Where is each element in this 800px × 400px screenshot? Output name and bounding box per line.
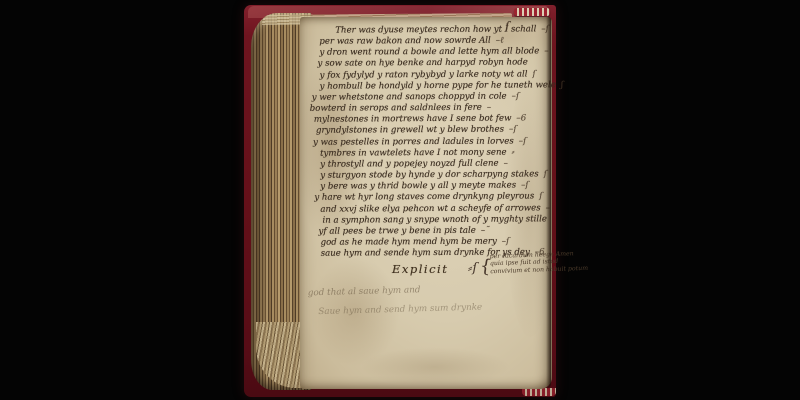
line-filler-flourish: –ſ — [512, 91, 520, 101]
photo-background: ſ Ther was dyuse meytes rechon how yt I … — [0, 0, 800, 400]
endband-top — [514, 8, 550, 16]
line-filler-flourish: –ſ — [519, 136, 527, 146]
line-text: per was raw bakon and now sowrde All — [319, 36, 490, 47]
line-filler-flourish: ſ — [544, 169, 547, 179]
manuscript-line: Ther was dyuse meytes rechon how yt I sc… — [335, 24, 545, 36]
line-text: tymbres in vawtelets have I not mony sen… — [320, 147, 507, 158]
line-filler-flourish: –ſ — [541, 24, 549, 34]
line-text: y wer whetstone and sanops choppyd in co… — [312, 91, 507, 102]
marginal-flourish: ſ — [505, 21, 509, 32]
line-filler-flourish: – — [546, 203, 550, 213]
line-text: in a symphon sang y snype wnoth of y myg… — [322, 214, 547, 225]
line-text: y hombull be hondyld y horne pype for he… — [320, 80, 556, 91]
endband-bottom — [522, 388, 556, 396]
line-text: y hare wt hyr long staves come drynkyng … — [314, 192, 534, 203]
text-block: ſ Ther was dyuse meytes rechon how yt I … — [319, 24, 546, 260]
line-filler-flourish: –˜ — [481, 225, 490, 235]
line-text: yf all pees be trwe y bene in pis tale — [319, 226, 476, 237]
explicit-word: Explicit — [392, 262, 448, 276]
parchment-stain — [360, 347, 510, 387]
line-text: god as he made hym mend hym be mery — [321, 237, 497, 248]
line-filler-flourish: – — [544, 47, 548, 57]
line-text: and xxvj slike elya pehcon wt a scheyfe … — [320, 203, 540, 214]
line-filler-flourish: – — [487, 103, 491, 113]
line-filler-flourish: – — [504, 158, 508, 168]
line-text: gryndylstones in grewell wt y blew broth… — [316, 125, 504, 136]
line-text: y sturgyon stode by hynde y dor scharpyn… — [320, 169, 539, 180]
manuscript-line: in a symphon sang y snype wnoth of y myg… — [322, 214, 546, 227]
line-filler-flourish: ʃ — [561, 80, 563, 90]
scribal-colophon: per Ricardum heege Amen quia ipse fuit a… — [490, 251, 561, 276]
line-text: y dron went round a bowle and lette hym … — [319, 47, 539, 58]
line-filler-flourish: ⸗ — [512, 147, 515, 157]
line-text: y bere was y thrid bowle y all y meyte m… — [320, 181, 516, 192]
explicit-flourish: ⸗ſ — [468, 260, 477, 276]
line-filler-flourish: –ſ — [502, 237, 510, 247]
pen-trials: god that al saue hym and Saue hym and se… — [308, 282, 549, 318]
line-text: y fox fydylyd y raton rybybyd y larke no… — [320, 69, 528, 80]
line-text: y sow sate on hye benke and harpyd robyn… — [317, 58, 527, 69]
colophon-line: convivium et non habuit potum — [490, 266, 560, 276]
pen-trial-line: god that al saue hym and — [308, 285, 421, 298]
line-text: mylnestones in mortrews have I sene bot … — [314, 114, 512, 125]
line-text: bowterd in serops and saldnlees in fere — [310, 103, 482, 114]
pen-trial-line: Saue hym and send hym sum drynke — [318, 301, 548, 317]
line-filler-flourish: –6 — [516, 114, 526, 124]
line-filler-flourish: –ℓ — [496, 36, 504, 46]
line-text: y was pestelles in porres and ladules in… — [313, 136, 514, 147]
line-filler-flourish: ſ — [532, 69, 535, 79]
manuscript-line: tymbres in vawtelets have I not mony sen… — [320, 147, 546, 160]
line-filler-flourish: –ſ — [509, 125, 517, 135]
manuscript-line: y wer whetstone and sanops choppyd in co… — [312, 91, 546, 104]
line-filler-flourish: ſ — [539, 192, 542, 202]
manuscript-page: ſ Ther was dyuse meytes rechon how yt I … — [300, 17, 552, 389]
line-filler-flourish: –ſ — [521, 181, 529, 191]
line-text: y throstyll and y popejey noyzd full cle… — [320, 158, 498, 169]
